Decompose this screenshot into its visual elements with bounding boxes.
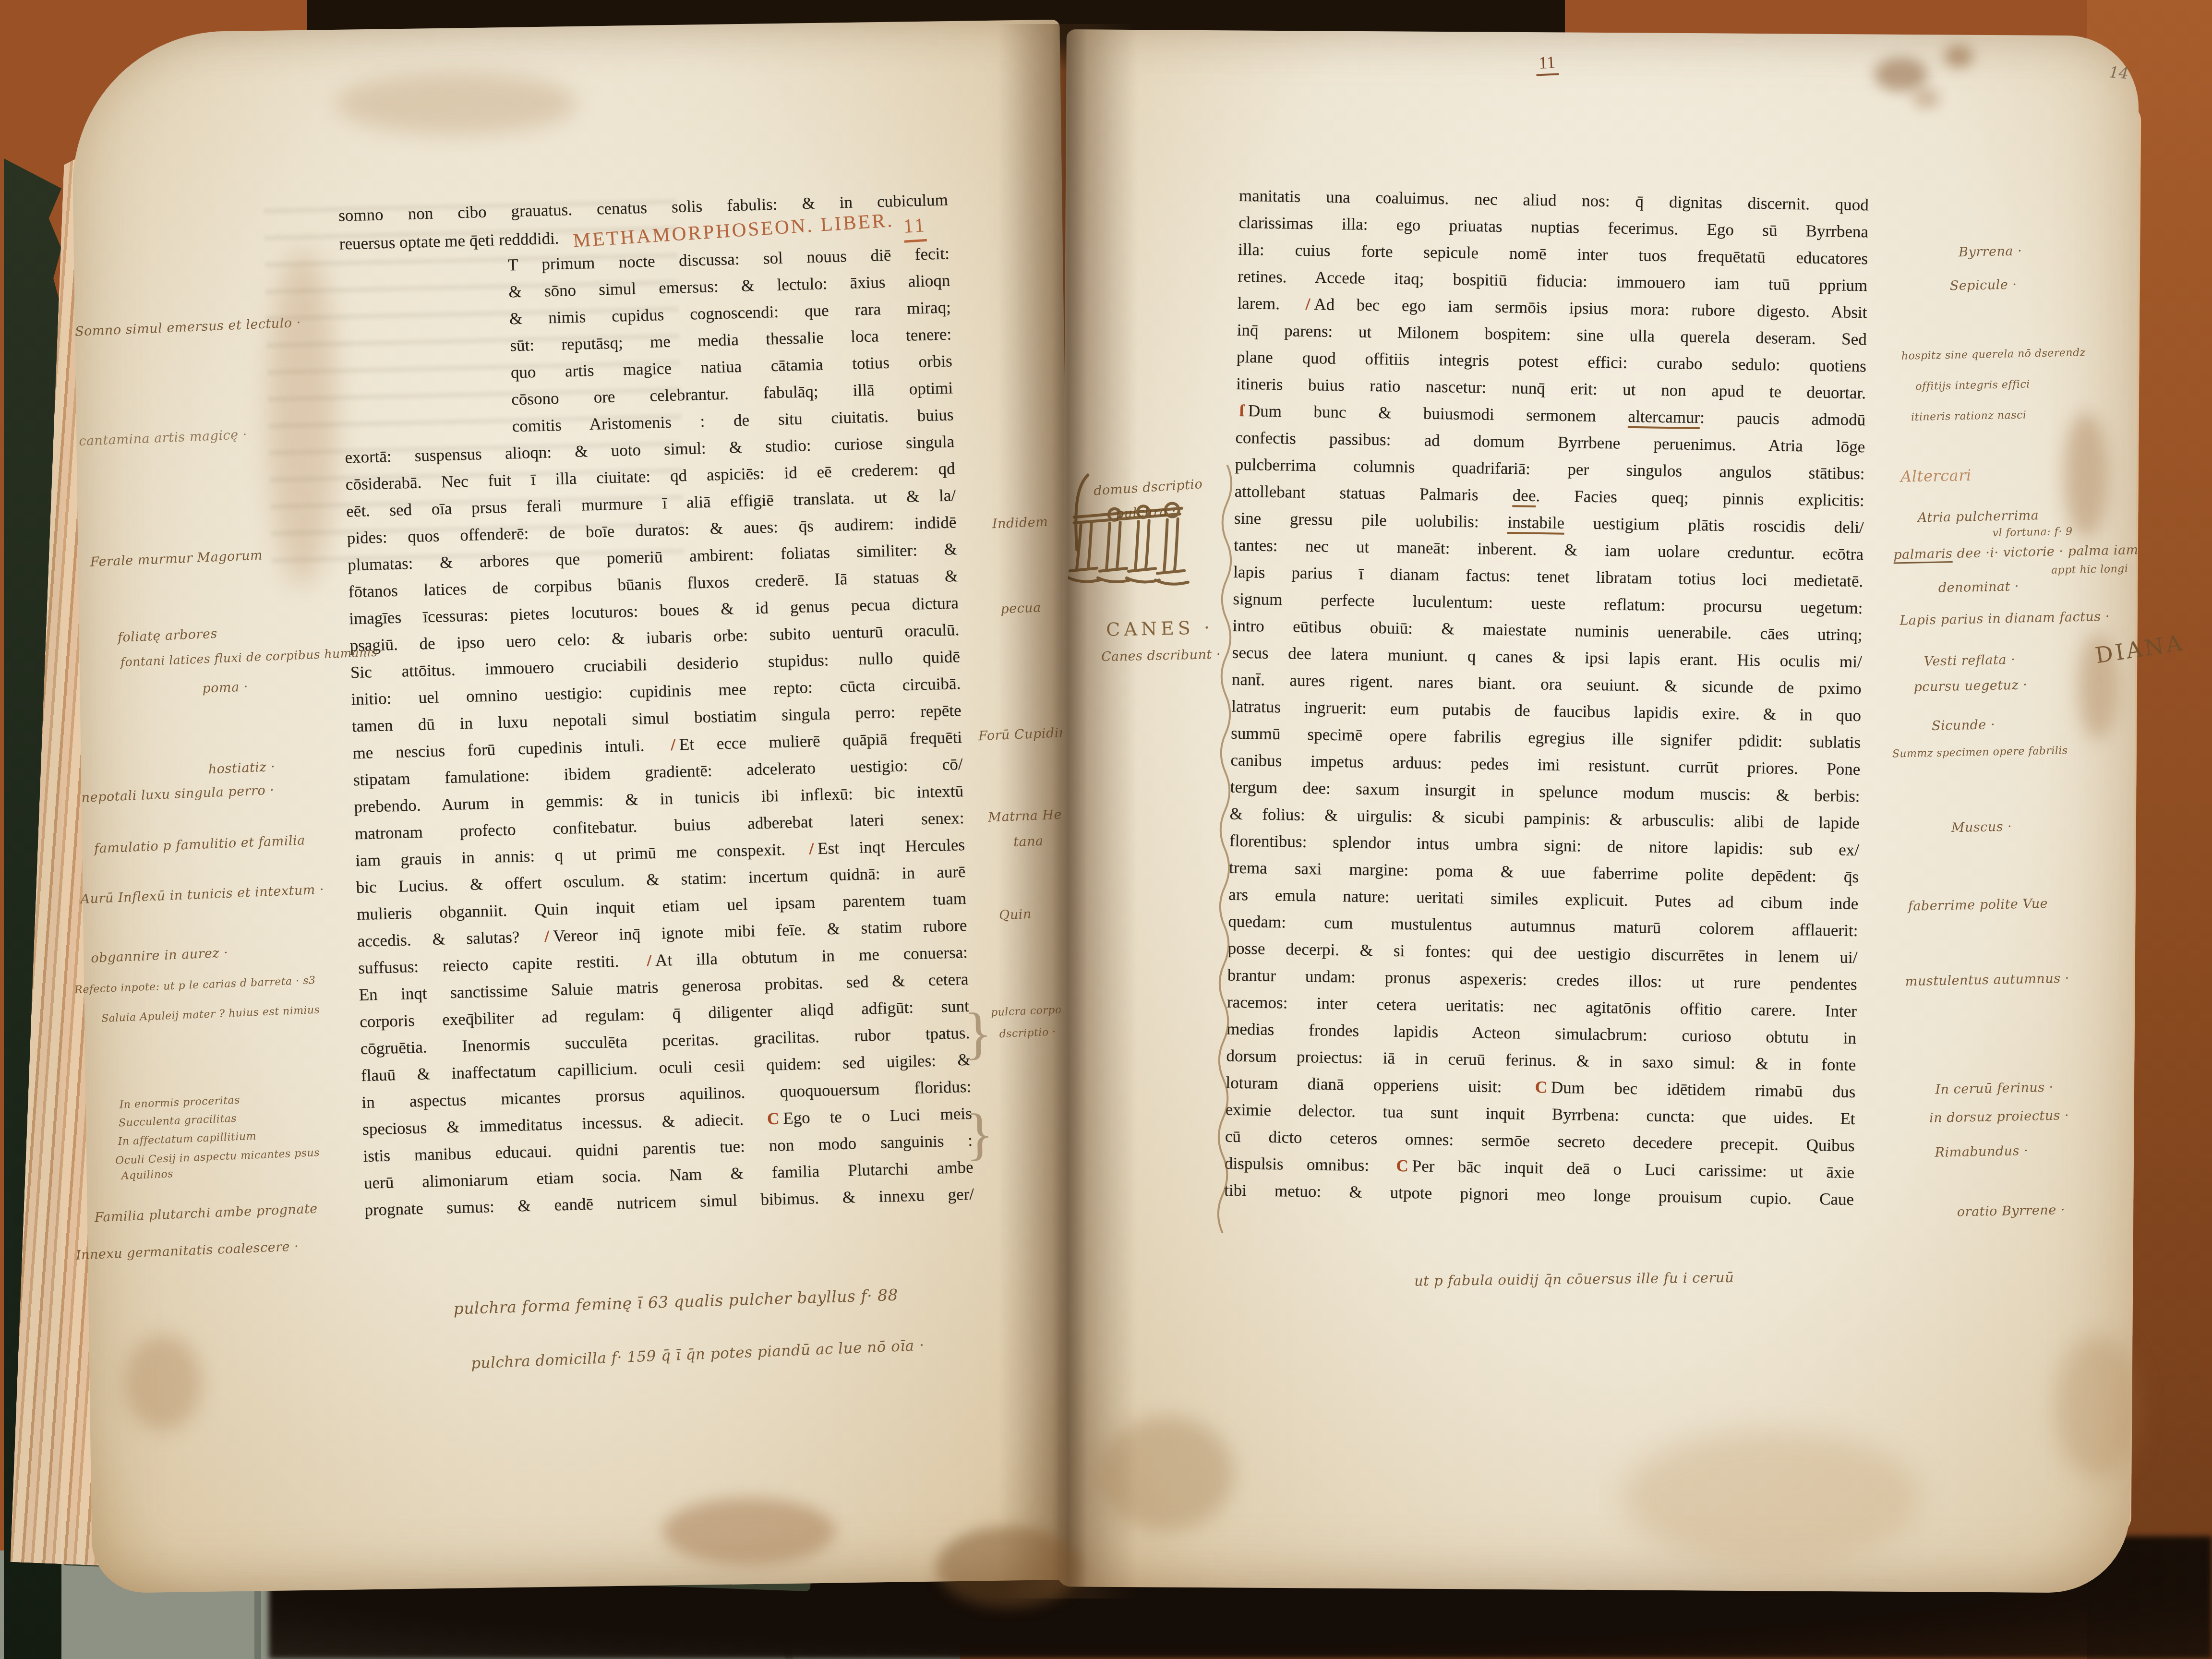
- margin-note-familia: Familia plutarchi ambe prognate: [94, 1202, 318, 1226]
- margin-note-hospites: hospitz sine querela nō dserendz: [1901, 347, 2086, 362]
- photo-open-incunable-apuleius: somno non cibo grauatus. cenatus solis f…: [0, 0, 2212, 1659]
- margin-note-byrrena: Byrrena ·: [1959, 244, 2022, 260]
- margin-note-appt: appt hic longi: [2051, 563, 2128, 577]
- margin-note-rimabundus: Rimabundus ·: [1935, 1143, 2028, 1160]
- margin-note-gracilitas: Succulenta gracilitas: [119, 1113, 237, 1130]
- margin-note-itineris: itineris rationz nasci: [1911, 409, 2027, 423]
- stain: [269, 250, 336, 586]
- margin-note-salvia: Saluia Apuleij mater ? huius est nimius: [101, 1004, 320, 1025]
- margin-note-lapis: Lapis parius in dianam factus ·: [1899, 609, 2110, 628]
- right-text-column: manitatis una coaluimus. nec aliud nos: …: [1224, 182, 1869, 1213]
- margin-note-cantamina: cantamina artis magicę ·: [79, 427, 248, 449]
- margin-note-hostiatim: hostiatiz ·: [208, 759, 276, 777]
- margin-note-vel-fortuna: vl fortuna: f· 9: [1992, 526, 2073, 539]
- margin-note-matrona-2: tana: [1013, 834, 1044, 850]
- stain: [1099, 1416, 1234, 1531]
- folio-corner-number: 14: [2108, 63, 2129, 83]
- margin-note-palmaris: palmaris dee ·i· victorie · palma iam: [1893, 542, 2139, 562]
- margin-brace: }: [964, 1000, 993, 1067]
- stain: [2055, 1334, 2141, 1479]
- margin-note-offitiis: offitijs integris effici: [1915, 378, 2030, 393]
- margin-note-canes-caps: CANES ·: [1106, 617, 1214, 640]
- left-page: somno non cibo grauatus. cenatus solis f…: [71, 20, 1081, 1593]
- margin-note-poma: poma ·: [202, 679, 249, 696]
- stain: [936, 1527, 1080, 1608]
- margin-note-nepotali: nepotali luxu singula perro ·: [81, 783, 275, 805]
- bottom-note-left-1: pulchra forma feminę ī 63 qualis pulcher…: [453, 1286, 899, 1318]
- stain: [125, 1334, 202, 1431]
- margin-note-palmaris-underlined: palmaris: [1893, 546, 1953, 564]
- margin-note-pecua: pecua: [1000, 600, 1042, 616]
- margin-note-quin: Quin: [999, 907, 1032, 923]
- margin-note-altercari: Altercari: [1900, 466, 1972, 486]
- margin-note-ferale: Ferale murmur Magorum: [90, 548, 263, 569]
- stain: [2079, 634, 2117, 739]
- margin-note-oratio-byrrene: oratio Byrrene ·: [1957, 1202, 2066, 1220]
- stain: [1944, 46, 1973, 67]
- margin-note-faberrime: faberrime polite Vue: [1908, 896, 2048, 914]
- margin-brace: }: [965, 1101, 994, 1167]
- margin-note-dorsum: in dorsuz proiectus ·: [1929, 1108, 2069, 1126]
- margin-note-canes-sub: Canes dscribunt ·: [1101, 647, 1221, 664]
- bottom-note-right: ut p fabula ouidij q̄n cōuersus ille fu …: [1414, 1269, 1734, 1289]
- margin-note-sepicule: Sepicule ·: [1949, 277, 2017, 293]
- margin-note-fontani: fontani latices fluxi de corpibus humani…: [120, 645, 378, 669]
- margin-note-oculi: Oculi Cesij in aspectu micantes psus: [115, 1147, 320, 1167]
- margin-note-mustulentus: mustulentus autumnus ·: [1905, 971, 2069, 989]
- margin-note-summum: Summz specimen opere fabrilis: [1892, 745, 2068, 760]
- margin-note-aurum: Aurū Inflexū in tunicis et intextum ·: [80, 882, 325, 907]
- margin-note-muscus: Muscus ·: [1951, 819, 2012, 836]
- margin-note-obgannire: obgannire in aurez ·: [91, 945, 228, 965]
- margin-note-foliate: foliatę arbores: [117, 626, 217, 645]
- margin-note-vestis: Vesti reflata ·: [1924, 652, 2016, 669]
- stain: [1623, 1431, 1920, 1565]
- margin-note-pulchra-corporis-2: dscriptio ·: [999, 1026, 1056, 1041]
- stain: [336, 72, 576, 134]
- margin-note-innexu: Innexu germanitatis coalescere ·: [75, 1239, 299, 1263]
- stain: [1913, 89, 1939, 108]
- stain: [1875, 58, 1927, 91]
- margin-note-refecto: Refecto inpote: ut p le carias d barreta…: [74, 974, 316, 996]
- bottom-note-left-2: pulchra domicilla f· 159 q̄ ī q̄n potes …: [471, 1337, 925, 1372]
- left-text-column: somno non cibo grauatus. cenatus solis f…: [338, 186, 974, 1224]
- margin-note-proceritas: In enormis proceritas: [119, 1094, 240, 1111]
- margin-note-atria: Atria pulcherrima: [1917, 508, 2039, 525]
- margin-note-aquilinos: Aquilinos: [121, 1168, 173, 1182]
- margin-note-procursu: pcursu uegetuz ·: [1913, 677, 2027, 695]
- margin-note-denominat: denominat ·: [1938, 579, 2020, 595]
- stain: [662, 1498, 835, 1565]
- right-page: 11 14 manitatis una coaluimus. nec aliud…: [1057, 29, 2139, 1593]
- stain: [2064, 413, 2107, 538]
- margin-note-sicunde: Sicunde ·: [1932, 717, 1996, 733]
- margin-note-cervum: In ceruū ferinus ·: [1935, 1080, 2054, 1097]
- margin-note-indidem: Indidem: [992, 515, 1048, 532]
- margin-note-capillitium: In affectatum capillitium: [118, 1130, 256, 1148]
- page-number: 11: [1535, 52, 1559, 76]
- margin-note-famulatio: famulatio p famulitio et familia: [94, 833, 306, 856]
- margin-note-palmaris-rest: dee ·i· victorie · palma iam: [1952, 542, 2139, 561]
